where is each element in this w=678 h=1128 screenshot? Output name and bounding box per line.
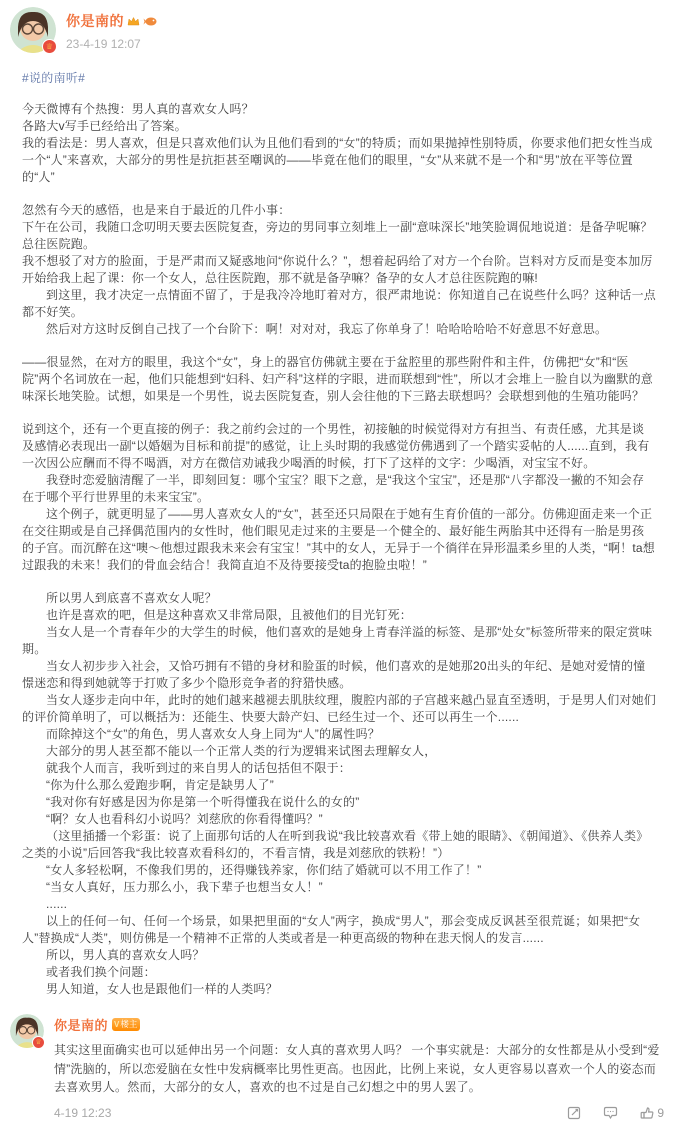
post-paragraph: 就我个人而言，我听到过的来自男人的话包括但不限于： [22,760,656,777]
like-button[interactable]: 9 [640,1106,664,1120]
comment-bubble-icon [603,1106,618,1120]
post-paragraph: 所以，男人真的喜欢女人吗？ [22,947,656,964]
like-count: 9 [657,1106,664,1120]
post-paragraph: 我登时恋爱脑清醒了一半，即刻回复：哪个宝宝？眼下之意，是“我这个宝宝”，还是那“… [22,472,656,506]
post-paragraph: 当女人是一个青春年少的大学生的时候，他们喜欢的是她身上青春洋溢的标签、是那“处女… [22,624,656,658]
post-body: 今天微博有个热搜：男人真的喜欢女人吗？各路大v写手已经给出了答案。我的看法是：男… [22,101,656,998]
comment-timestamp: 4-19 12:23 [54,1106,111,1120]
comment-button[interactable] [603,1106,618,1120]
post-paragraph: 忽然有今天的感悟，也是来自于最近的几件小事： [22,202,656,219]
crown-icon [127,16,140,27]
author-name-text: 你是南的 [66,11,124,31]
comment-main: 你是南的 V 楼主 其实这里面确实也可以延伸出另一个问题：女人真的喜欢男人吗？ … [54,1014,664,1128]
author-comment: ♕ 你是南的 V 楼主 其实这里面确实也可以延伸出另一个问题：女人真的喜欢男人吗… [0,998,678,1128]
header-text: 你是南的 23-4-19 12:07 [66,7,158,51]
topic-hashtag[interactable]: #说的南听# [22,69,656,86]
post-paragraph: 然后对方这时反倒自己找了一个台阶下：啊！对对对，我忘了你单身了！哈哈哈哈哈不好意… [22,321,656,338]
post-paragraph: 到这里，我才决定一点情面不留了，于是我冷冷地盯着对方，很严肃地说：你知道自己在说… [22,287,656,321]
post-paragraph: 或者我们换个问题： [22,964,656,981]
op-badge-label: 楼主 [120,1019,137,1029]
post-paragraph: ...... [22,896,656,913]
post-paragraph: “啊？女人也看科幻小说吗？刘慈欣的你看得懂吗？” [22,811,656,828]
post-paragraph: 而除掉这个“女”的角色，男人喜欢女人身上同为“人”的属性吗？ [22,726,656,743]
post-paragraph: 当女人逐步走向中年，此时的她们越来越褪去肌肤纹理，腹腔内部的子宫越来越凸显直至透… [22,692,656,726]
comment-username[interactable]: 你是南的 [54,1015,108,1034]
comment-text: 其实这里面确实也可以延伸出另一个问题：女人真的喜欢男人吗？ 一个事实就是：大部分… [54,1041,664,1097]
author-avatar[interactable]: ♕ [10,7,56,53]
author-username[interactable]: 你是南的 [66,11,158,31]
post-paragraph: 各路大v写手已经给出了答案。 [22,118,656,135]
post-paragraph: 这个例子，就更明显了——男人喜欢女人的“女”，甚至还只局限在于她有生育价值的一部… [22,506,656,574]
post-paragraph: “当女人真好，压力那么小，我下辈子也想当女人！” [22,879,656,896]
post-paragraph: 以上的任何一句、任何一个场景，如果把里面的“女人”两字，换成“男人”，那会变成反… [22,913,656,947]
post-paragraph: 我的看法是：男人喜欢，但是只喜欢他们认为且他们看到的“女”的特质；而如果抛掉性别… [22,135,656,186]
weibo-post-page: ♕ 你是南的 23-4-19 12:07 #说的南听# 今天微博有个热搜：男人真… [0,0,678,1128]
post-header: ♕ 你是南的 23-4-19 12:07 [0,0,678,53]
vip-v-icon: V [114,1020,119,1030]
post-paragraph: 说到这个，还有一个更直接的例子：我之前约会过的一个男性，初接触的时候觉得对方有担… [22,421,656,472]
thumbs-up-icon [640,1106,654,1120]
post-paragraph: （这里插播一个彩蛋：说了上面那句话的人在听到我说“我比较喜欢看《带上她的眼睛》、… [22,828,656,862]
op-badge: V 楼主 [112,1018,140,1030]
comment-avatar[interactable]: ♕ [10,1014,44,1048]
vip-crown-icon: ♕ [42,39,57,54]
compose-share-icon [567,1106,581,1120]
post-paragraph: 今天微博有个热搜：男人真的喜欢女人吗？ [22,101,656,118]
post-paragraph: 我不想驳了对方的脸面，于是严肃而又疑惑地问“你说什么？”，想着起码给了对方一个台… [22,253,656,287]
post-paragraph: ——很显然，在对方的眼里，我这个“女”，身上的器官仿佛就主要在于盆腔里的那些附件… [22,354,656,405]
fish-icon [143,16,158,27]
post-paragraph: 下午在公司，我随口念叨明天要去医院复查，旁边的男同事立刻堆上一副“意味深长”地笑… [22,219,656,253]
post-paragraph: 当女人初步步入社会，又恰巧拥有不错的身材和脸蛋的时候，他们喜欢的是她那20出头的… [22,658,656,692]
post-paragraph: “你为什么那么爱跑步啊，肯定是缺男人了” [22,777,656,794]
post-paragraph: 男人知道，女人也是跟他们一样的人类吗？ [22,981,656,998]
post-paragraph: 也许是喜欢的吧，但是这种喜欢又非常局限，且被他们的目光钉死： [22,607,656,624]
comment-user-row: 你是南的 V 楼主 [54,1014,664,1034]
post-timestamp: 23-4-19 12:07 [66,37,158,51]
comment-footer: 4-19 12:23 [54,1106,664,1128]
comment-actions: 9 [567,1106,664,1120]
post-paragraph: “女人多轻松啊，不像我们男的，还得赚钱养家，你们结了婚就可以不用工作了！” [22,862,656,879]
post-paragraph: 所以男人到底喜不喜欢女人呢？ [22,590,656,607]
post-paragraph: “我对你有好感是因为你是第一个听得懂我在说什么的女的” [22,794,656,811]
vip-crown-icon: ♕ [32,1036,45,1049]
compose-share-button[interactable] [567,1106,581,1120]
post-paragraph: 大部分的男人甚至都不能以一个正常人类的行为逻辑来试图去理解女人， [22,743,656,760]
